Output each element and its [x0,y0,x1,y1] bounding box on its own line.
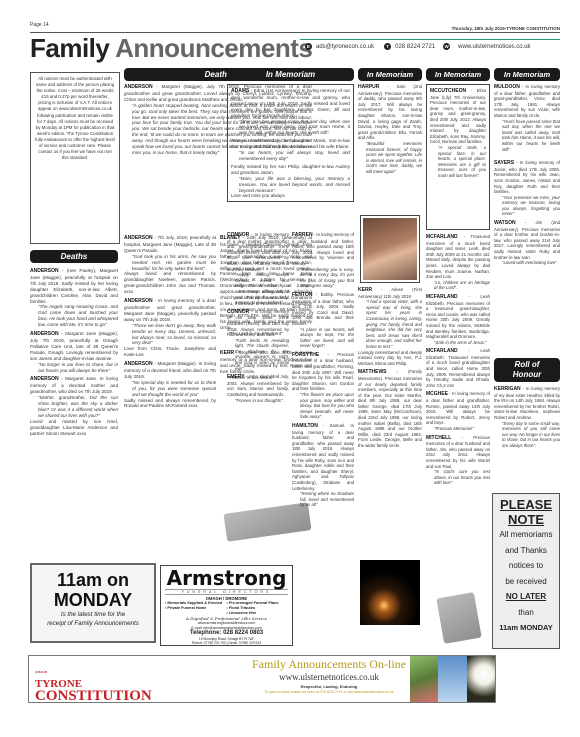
memoriam-adams-box: ADAMS - Edna (1st Anniversary) In loving… [227,84,354,202]
memoriam-header-1: In Memoriam [227,68,354,81]
memoriam-notice: FARREN - In loving memory of a dear husb… [292,232,354,289]
memoriam-notice: FENTON - Bobby. Precious memories of a d… [292,292,354,349]
please-note-box: PLEASE NOTE All memoriams and Thanks not… [492,493,560,649]
memoriam-notice: MCFARLAND - Treasured memories of a much… [426,234,490,291]
memoriam-notice: EMERY - John, died 22nd July, 2003. Alwa… [227,374,289,403]
memoriam-notice: MITCHELL - Precious memories of a dear h… [426,435,490,486]
web-icon: W [443,43,450,50]
title-announcements: Announcements [115,33,312,63]
tyrone-constitution-logo: OMAGH TYRONE CONSTITUTION [35,666,152,702]
page-title: Family Announcements [30,35,312,61]
memoriam-column-d: MCFARLAND - Treasured memories of a much… [426,234,490,489]
memoriam-notice: CONNOR - In loving memory of our dear si… [227,309,289,372]
bible-icon-small [436,592,481,644]
deaths-column-2: ANDERSON - 7th July, 2019, peacefully at… [124,235,216,412]
embrace-photo [410,656,438,702]
memoriam-notice: WATSON - Jim (2nd Anniversary). Precious… [494,220,560,266]
memoriam-header-3: In Memoriam [426,68,490,81]
memoriam-notice: FORSYTHE - Precious memories of a dear h… [292,352,354,420]
banner-image-strip [410,656,495,702]
online-announcements-banner[interactable]: OMAGH TYRONE CONSTITUTION Family Announc… [28,655,496,703]
kerr-photo-frame [360,215,420,283]
death-notice: ANDERSON - (nee Pauley), Margaret Jane (… [30,268,118,328]
deaths-column-1: ANDERSON - (nee Pauley), Margaret Jane (… [30,268,118,439]
contact-bar: E ads@tyronecon.co.uk T 028 8224 2721 W … [305,43,531,50]
contact-phone[interactable]: 028 8224 2721 [395,44,435,50]
phone-icon: T [384,43,391,50]
notice-terms: All notices must be authenticated with n… [30,72,120,244]
memoriam-column-e: MULDOON - In loving memory of a dear fat… [494,84,560,269]
memoriam-notice: SAYERS - In loving memory of Junior, who… [494,160,560,217]
candle-photo [360,560,420,625]
deaths-header-left: Deaths [30,250,118,263]
contact-email[interactable]: ads@tyronecon.co.uk [316,44,374,50]
roll-of-honour-header: Roll ofHonour [494,358,560,382]
contact-rule [300,39,560,40]
dove-photo [438,656,466,702]
memoriam-notice: MATTHEWS - (Family Memoriams). Precious … [358,369,422,448]
death-notice: ANDERSON - Margaret Jane (Maggie), July … [30,331,118,373]
banner-contact: To place a notice contact our team on 02… [224,690,434,695]
memoriam-notice: MULDOON - In loving memory of a dear fat… [494,84,560,152]
memoriam-column-b: FARREN - In loving memory of a dear husb… [292,232,354,511]
banner-headline: Family Announcements On-line [224,657,434,671]
contact-website[interactable]: www.ulsternetnotices.co.uk [458,44,530,50]
armstrong-funeral-ad[interactable]: Armstrong FUNERAL DIRECTORS OMAGH / DROM… [160,565,293,646]
memoriam-column-a: CONNOR - In loving memory of a dear moth… [227,232,289,406]
memoriam-notice: KERR - Aileen (First Anniversary) 11th J… [358,287,422,366]
memoriam-mccutcheon-box: MCCUTCHEON - Eliza Jane (Lily) 7th Anniv… [426,84,490,230]
memoriam-header-4: In Memoriam [494,68,560,81]
memoriam-column-c: HARPUR - Sam (2nd Anniversary). Precious… [358,84,422,178]
death-notice: ANDERSON - Margaret (Maggie). In loving … [124,361,216,409]
deadline-promo: 11am on MONDAY Is the latest time for th… [30,563,156,643]
email-icon: E [305,43,312,50]
page-number: Page 14 [30,22,49,28]
memoriam-notice: MCGHEE - In loving memory of a dear fath… [426,391,490,431]
memoriam-notice: MCFARLAND - Leah Elizabeth. Precious mem… [426,294,490,345]
memoriam-header-2: In Memoriam [358,68,422,81]
death-notice: ANDERSON - 7th July, 2019, peacefully at… [124,235,216,295]
roll-of-honour-notice: KERRIGAN - In loving memory of my dear s… [494,386,560,452]
memoriam-notice: HARPUR - Sam (2nd Anniversary). Precious… [358,84,422,175]
title-family: Family [30,33,109,63]
kerr-photo [363,218,417,280]
banner-url[interactable]: www.ulsternetnotices.co.uk [224,671,434,684]
memoriam-notice: MCFARLAND - Leah Elizabeth. Treasured me… [426,348,490,388]
memoriam-column-c2: KERR - Aileen (First Anniversary) 11th J… [358,287,422,452]
memoriam-notice: CONNOR - In loving memory of a dear moth… [227,232,289,306]
memoriam-notice: HAMILTON - Samuel. In loving memory of a… [292,423,354,508]
death-notice: ANDERSON - In loving memory of a dear gr… [124,298,216,358]
dateline: Thursday, 18th July 2019-TYRONE CONSTITU… [452,26,560,31]
lily-photo [467,656,495,702]
death-notice: ANDERSON - Margaret Jane. In loving memo… [30,376,118,436]
